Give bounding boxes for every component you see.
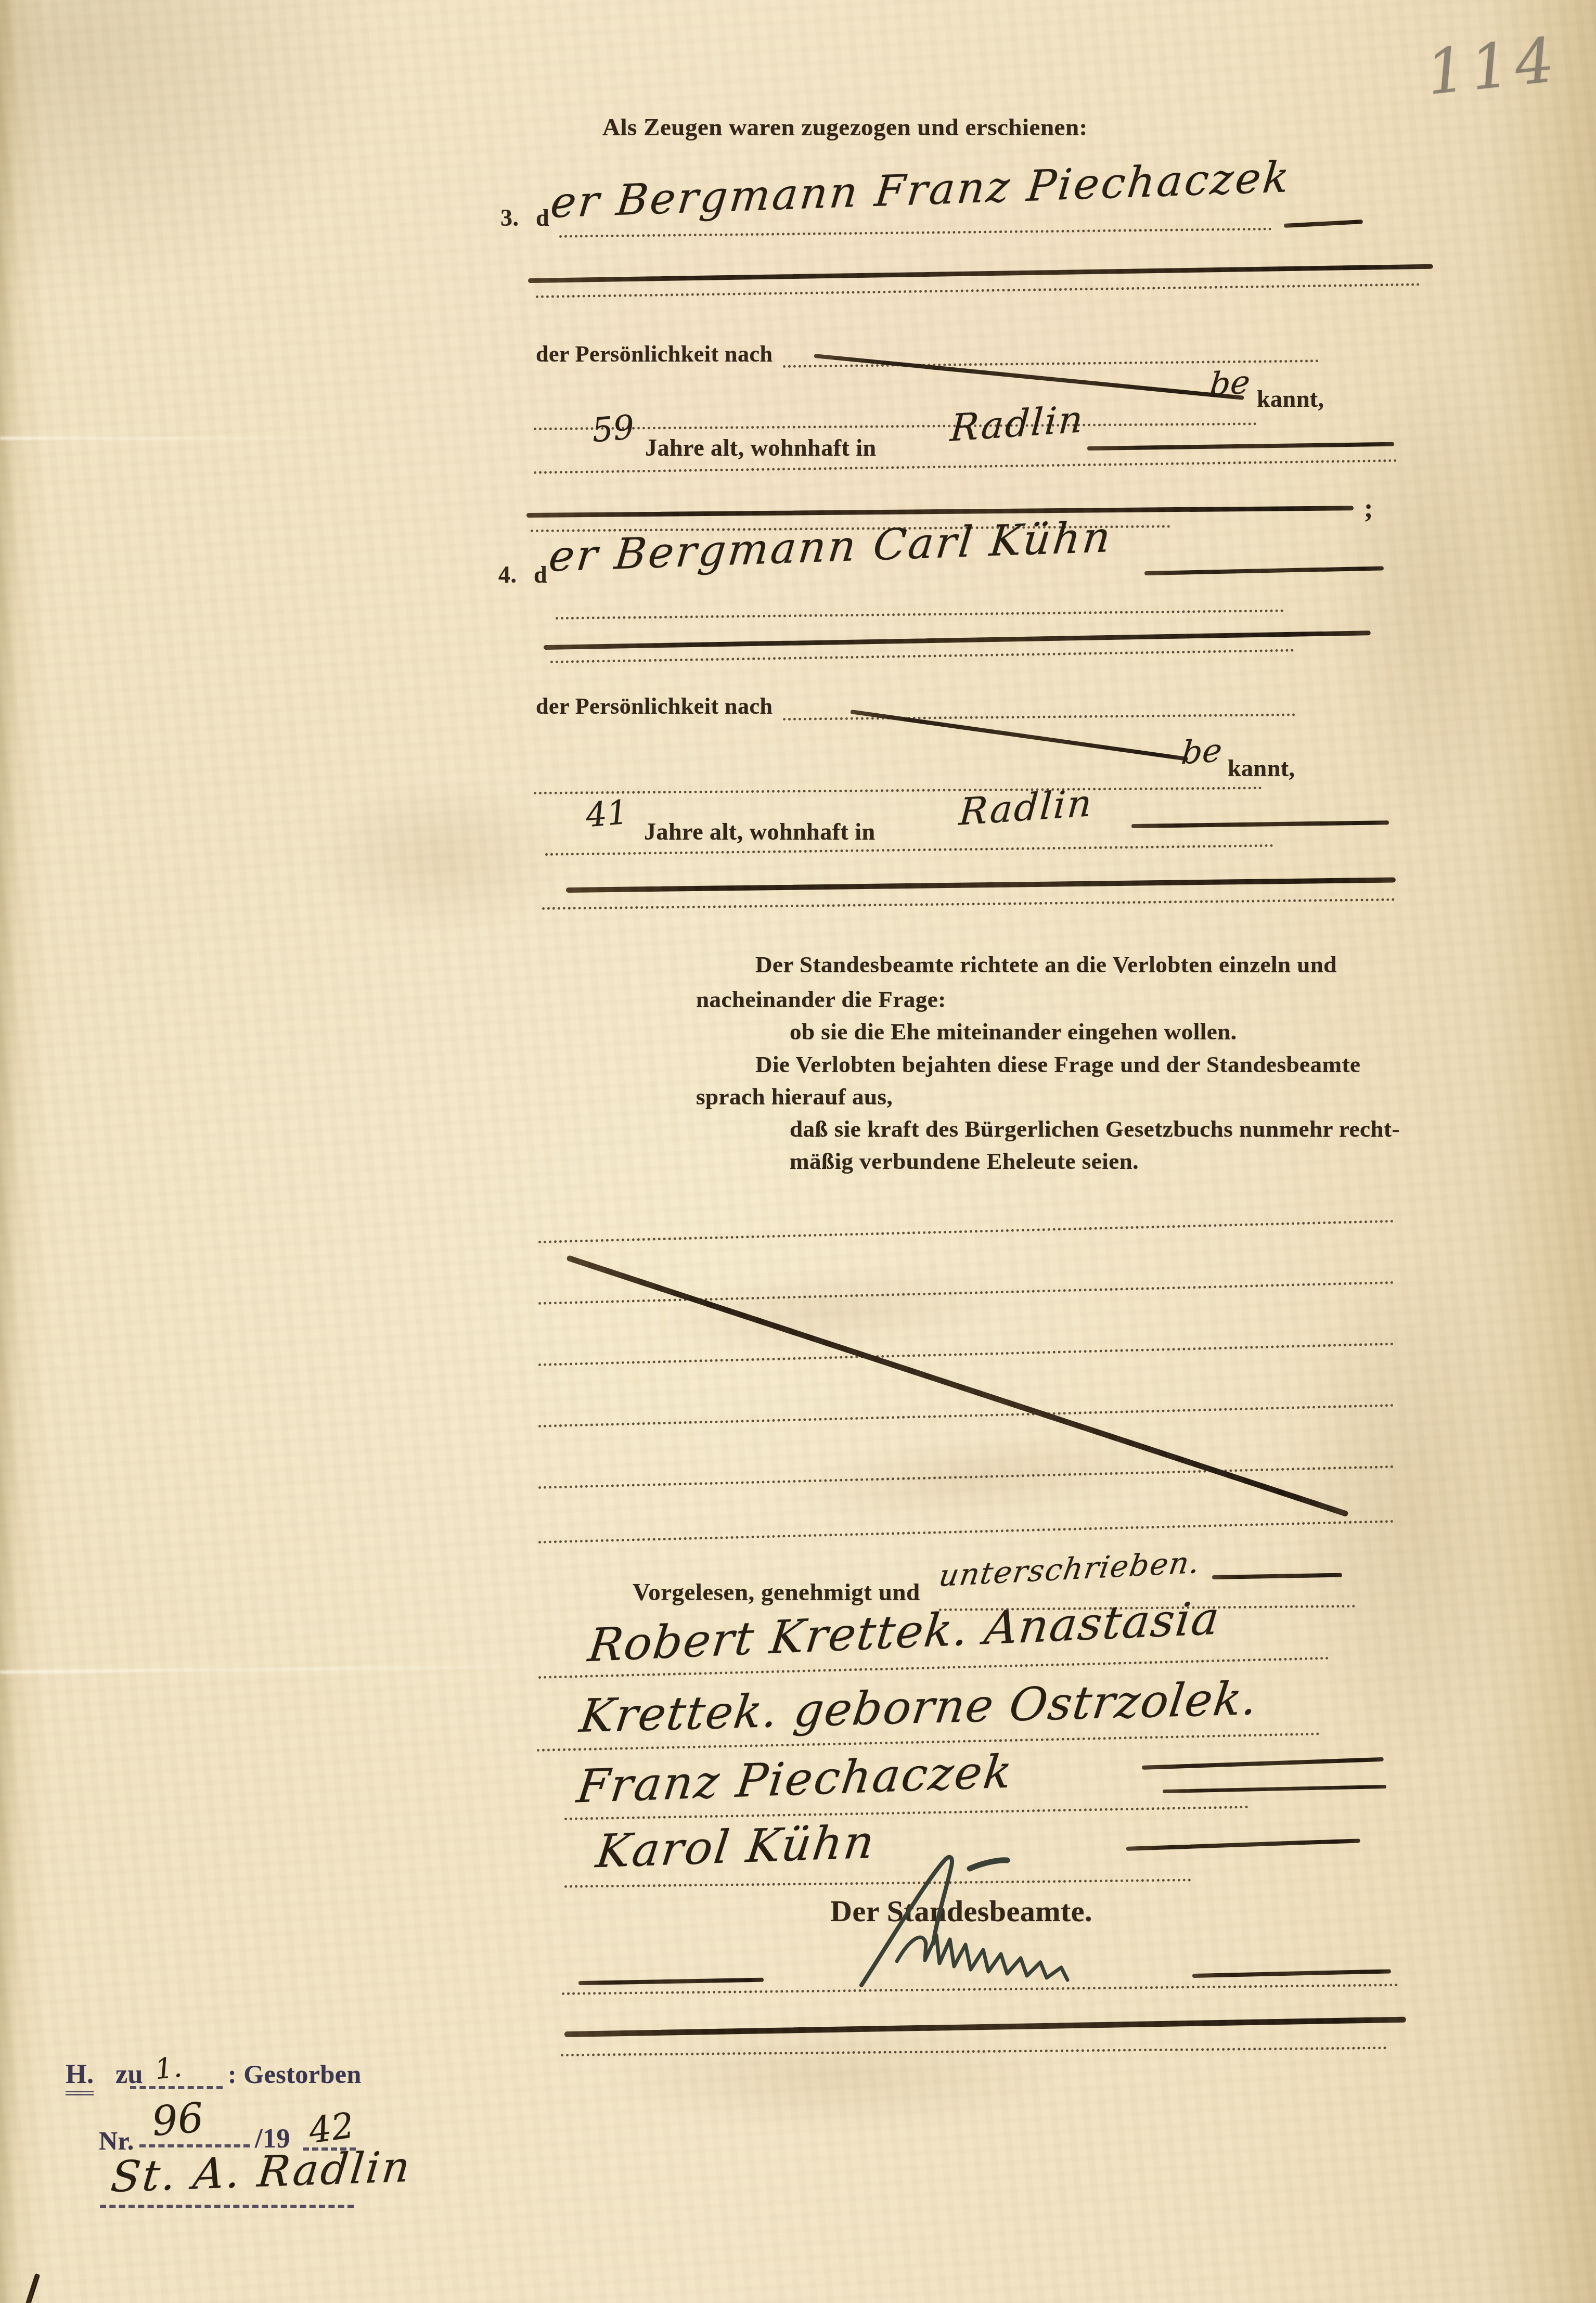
registrar-signature-mark — [847, 1852, 1091, 2003]
declaration-line: ob sie die Ehe miteinander eingehen woll… — [790, 1018, 1237, 1045]
witness3-age-entry: 59 — [590, 408, 636, 451]
stamp-h-label: H. — [66, 2059, 94, 2095]
signature-witness4: Karol Kühn — [593, 1815, 879, 1879]
witness4-known-hand: be — [1180, 731, 1224, 771]
declaration-line: daß sie kraft des Bürgerlichen Gesetzbuc… — [790, 1115, 1400, 1142]
witness3-age-label: Jahre alt, wohnhaft in — [645, 434, 877, 461]
page-number: 114 — [1423, 23, 1562, 109]
stamp-nr-label: Nr. — [99, 2126, 134, 2156]
witness3-number: 3. — [500, 204, 519, 231]
witness3-printed-prefix: d — [536, 204, 549, 231]
witnesses-intro-heading: Als Zeugen waren zugezogen und erschiene… — [602, 113, 1088, 141]
witness3-line-end-mark: ; — [1364, 493, 1373, 524]
registry-page-scan: 114 Als Zeugen waren zugezogen und ersch… — [0, 0, 1596, 2303]
declaration-line: Die Verlobten bejahten diese Frage und d… — [755, 1051, 1360, 1078]
stamp-dashed-line — [100, 2205, 354, 2208]
stamp-ref-entry: 1. — [153, 2050, 184, 2086]
declaration-line: Der Standesbeamte richtete an die Verlob… — [755, 951, 1337, 978]
stamp-dashed-line — [139, 2144, 250, 2147]
declaration-line: mäßig verbundene Eheleute seien. — [790, 1148, 1139, 1175]
stamp-dashed-line — [130, 2086, 223, 2089]
stamp-nr-entry: 96 — [150, 2094, 205, 2145]
declaration-line: sprach hierauf aus, — [696, 1083, 893, 1110]
witness3-known-printed: kannt, — [1257, 385, 1324, 413]
witness3-identity-label: der Persönlichkeit nach — [536, 341, 773, 367]
witness4-age-label: Jahre alt, wohnhaft in — [644, 818, 876, 845]
witness4-identity-label: der Persönlichkeit nach — [536, 693, 773, 719]
witness4-age-entry: 41 — [584, 793, 630, 835]
stamp-gestorben-label: : Gestorben — [228, 2059, 362, 2089]
witness4-known-printed: kannt, — [1228, 754, 1295, 782]
declaration-line: nacheinander die Frage: — [696, 986, 946, 1013]
closing-printed: Vorgelesen, genehmigt und — [633, 1578, 920, 1606]
stamp-zu-label: zu — [115, 2059, 143, 2090]
witness3-known-hand: be — [1208, 363, 1252, 403]
witness4-number: 4. — [498, 561, 517, 588]
witness4-printed-prefix: d — [534, 561, 547, 588]
